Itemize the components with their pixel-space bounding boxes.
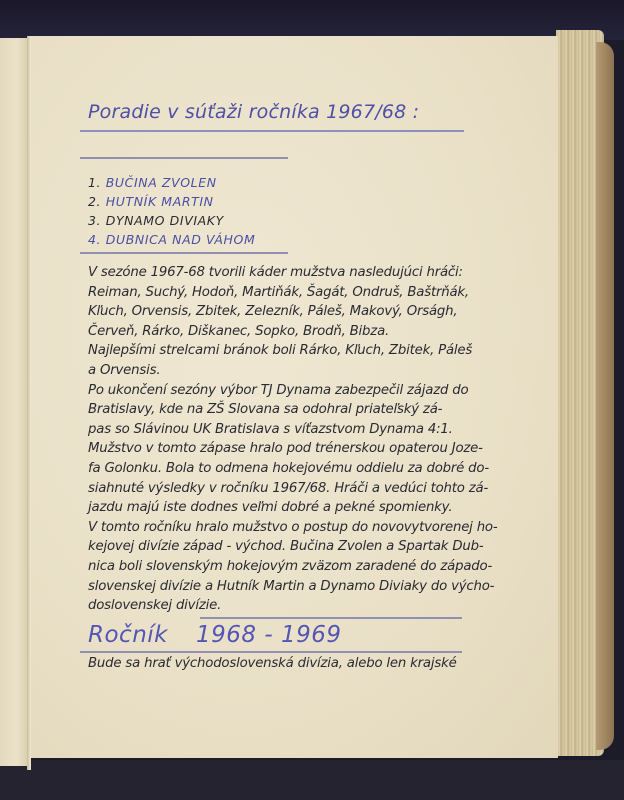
body-line: Po ukončení sezóny výbor TJ Dynama zabez… xyxy=(88,383,468,398)
standings-rank: 3. xyxy=(88,213,101,228)
body-line: fa Golonku. Bola to odmena hokejovému od… xyxy=(88,461,489,476)
standings-item: 1. Bučina Zvolen xyxy=(88,175,217,190)
body-line: Reiman, Suchý, Hodoň, Martiňák, Šagát, O… xyxy=(88,285,469,300)
body-line: jazdu majú iste dodnes veľmi dobré a pek… xyxy=(88,500,452,515)
standings-rank: 1. xyxy=(88,175,101,190)
body-line: kejovej divízie západ - východ. Bučina Z… xyxy=(88,539,483,554)
standings-team: Dubnica nad Váhom xyxy=(106,232,256,247)
section-divider-top xyxy=(200,617,462,619)
body-line: siahnuté výsledky v ročníku 1967/68. Hrá… xyxy=(88,481,488,496)
standings-bottom-rule xyxy=(80,252,288,254)
body-line: Najlepšími strelcami bránok boli Rárko, … xyxy=(88,343,472,358)
body-line: pas so Slávinou UK Bratislava s víťazstv… xyxy=(88,422,453,437)
standings-team: Bučina Zvolen xyxy=(106,175,217,190)
page-title: Poradie v súťaži ročníka 1967/68 : xyxy=(88,101,419,123)
body-line: slovenskej divízie a Hutník Martin a Dyn… xyxy=(88,579,494,594)
closing-line: Bude sa hrať východoslovenská divízia, a… xyxy=(88,656,457,671)
title-underline xyxy=(80,130,464,132)
body-line: V tomto ročníku hralo mužstvo o postup d… xyxy=(88,520,497,535)
body-line: Červeň, Rárko, Diškanec, Sopko, Brodň, B… xyxy=(88,324,389,339)
standings-rank: 2. xyxy=(88,194,101,209)
body-line: nica boli slovenským hokejovým zväzom za… xyxy=(88,559,492,574)
section-divider-bottom xyxy=(80,651,462,653)
standings-top-rule xyxy=(80,157,288,159)
standings-rank: 4. xyxy=(88,232,101,247)
standings-item: 4. Dubnica nad Váhom xyxy=(88,232,255,247)
standings-team: Dynamo Diviaky xyxy=(106,213,224,228)
body-line: Bratislavy, kde na ZŠ Slovana sa odohral… xyxy=(88,402,442,417)
season-heading: Ročník1968 - 1969 xyxy=(88,622,342,648)
body-line: V sezóne 1967-68 tvorili káder mužstva n… xyxy=(88,265,463,280)
season-label: Ročník xyxy=(88,622,168,648)
body-line: Kľuch, Orvensis, Zbitek, Zelezník, Páleš… xyxy=(88,304,457,319)
body-line: Mužstvo v tomto zápase hralo pod tréners… xyxy=(88,441,483,456)
page-content: Poradie v súťaži ročníka 1967/68 : 1. Bu… xyxy=(0,0,624,800)
standings-item: 2. Hutník Martin xyxy=(88,194,214,209)
standings-team: Hutník Martin xyxy=(106,194,214,209)
body-line: doslovenskej divízie. xyxy=(88,598,221,613)
season-years: 1968 - 1969 xyxy=(196,622,342,648)
standings-item: 3. Dynamo Diviaky xyxy=(88,213,224,228)
body-line: a Orvensis. xyxy=(88,363,160,378)
